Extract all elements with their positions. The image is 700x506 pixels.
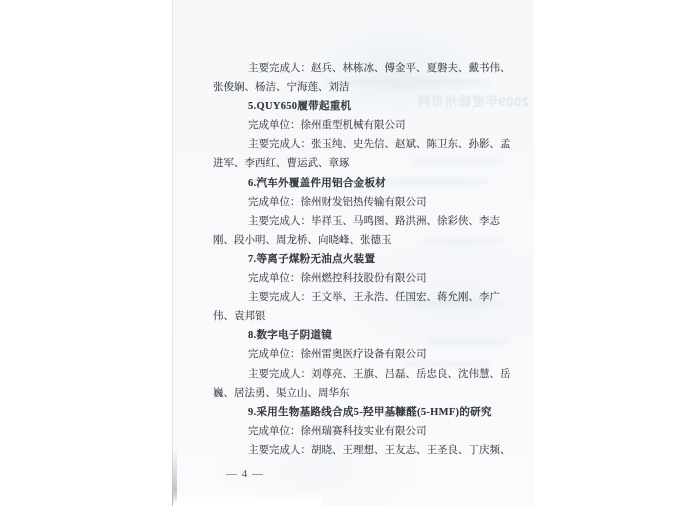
text-line: 完成单位：徐州燃控科技股份有限公司 xyxy=(213,269,529,288)
text-line: 伟、袁邦银 xyxy=(213,307,529,326)
project-title-line: 7.等离子煤粉无油点火装置 xyxy=(213,250,529,269)
project-title-line: 5.QUY650履带起重机 xyxy=(213,97,529,116)
page-number: — 4 — xyxy=(226,468,264,480)
text-line: 主要完成人：张玉纯、史先信、赵斌、陈卫东、孙影、孟 xyxy=(213,135,529,154)
text-line: 主要完成人：王文举、王永浩、任国宏、蒋允刚、李广 xyxy=(213,288,529,307)
text-line: 主要完成人：赵兵、林栋冰、傅金平、夏磐夫、戴书伟、 xyxy=(213,59,529,78)
document-page: 2009年度徐州市科 主要完成人：赵兵、林栋冰、傅金平、夏磐夫、戴书伟、张俊娴、… xyxy=(172,0,534,506)
text-line: 完成单位：徐州财发铝热传输有限公司 xyxy=(213,193,529,212)
text-line: 张俊娴、杨洁、宁海莲、刘洁 xyxy=(213,78,529,97)
text-line: 进军、李西红、曹运武、章琢 xyxy=(213,154,529,173)
text-line: 主要完成人：胡晓、王理想、王友志、王圣良、丁庆频、 xyxy=(213,441,529,460)
page-bottom-corner-fade xyxy=(173,490,323,506)
text-line: 巍、居法勇、渠立山、周华东 xyxy=(213,384,529,403)
text-line: 主要完成人：毕祥玉、马鸣图、路洪洲、徐彩侠、李志 xyxy=(213,212,529,231)
project-title-line: 8.数字电子阴道镜 xyxy=(213,326,529,345)
project-title-line: 6.汽车外覆盖件用铝合金板材 xyxy=(213,174,529,193)
text-line: 完成单位：徐州重型机械有限公司 xyxy=(213,116,529,135)
text-line: 主要完成人：刘尊亮、王旗、吕磊、岳忠良、沈伟慧、岳 xyxy=(213,365,529,384)
project-title-line: 9.采用生物基路线合成5-羟甲基糠醛(5-HMF)的研究 xyxy=(213,403,529,422)
text-line: 完成单位：徐州雷奥医疗设备有限公司 xyxy=(213,345,529,364)
screenshot-root: { "page": { "number_label": "— 4 —" }, "… xyxy=(0,0,700,506)
document-body: 主要完成人：赵兵、林栋冰、傅金平、夏磐夫、戴书伟、张俊娴、杨洁、宁海莲、刘洁5.… xyxy=(213,59,529,460)
text-line: 完成单位：徐州瑞赛科技实业有限公司 xyxy=(213,422,529,441)
text-line: 刚、段小明、周龙桥、向晓峰、张德玉 xyxy=(213,231,529,250)
